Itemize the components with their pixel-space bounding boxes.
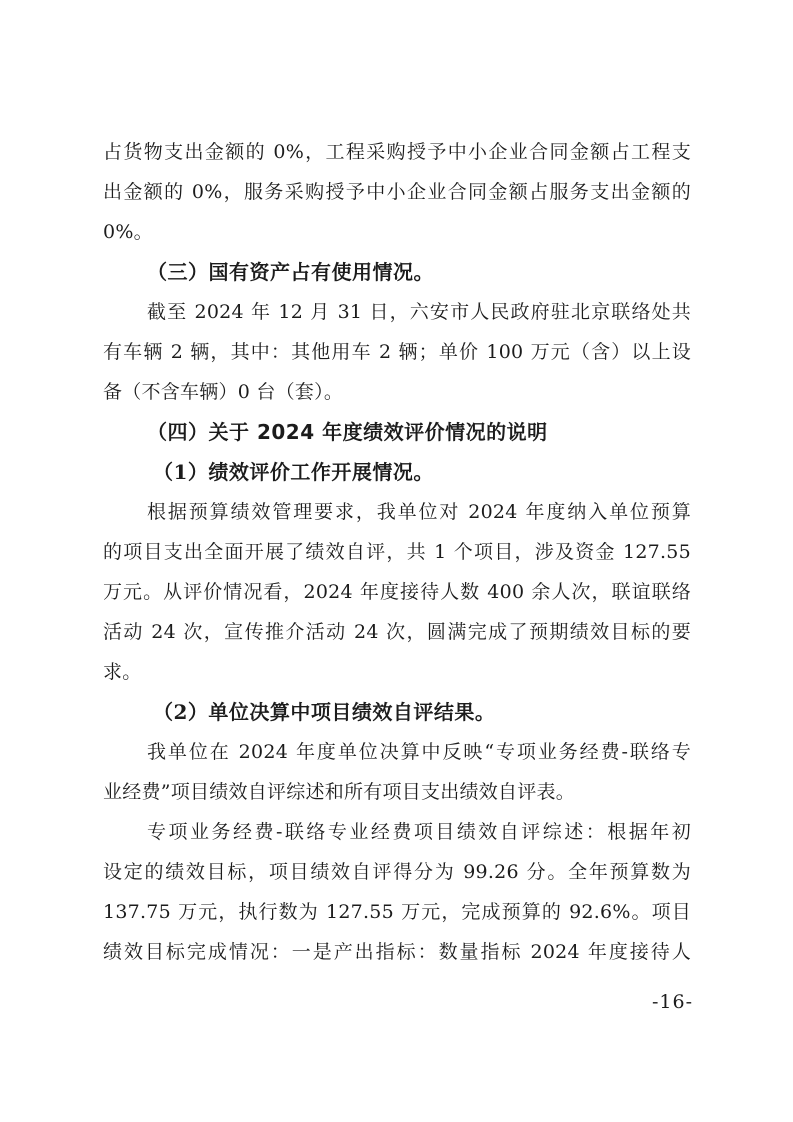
text-line: 0%。 — [103, 212, 691, 252]
text-line: 绩效目标完成情况：一是产出指标：数量指标 2024 年度接待人 — [103, 932, 691, 972]
heading-section-4: （四）关于 2024 年度绩效评价情况的说明 — [103, 412, 691, 452]
document-page: 占货物支出金额的 0%，工程采购授予中小企业合同金额占工程支 出金额的 0%，服… — [0, 0, 793, 1122]
text-line: 业经费”项目绩效自评综述和所有项目支出绩效自评表。 — [103, 772, 691, 812]
text-line: 占货物支出金额的 0%，工程采购授予中小企业合同金额占工程支 — [103, 132, 691, 172]
page-number: -16- — [652, 991, 693, 1013]
text-line: 设定的绩效目标，项目绩效自评得分为 99.26 分。全年预算数为 — [103, 852, 691, 892]
text-line: 有车辆 2 辆，其中：其他用车 2 辆；单价 100 万元（含）以上设 — [103, 332, 691, 372]
heading-sub-1: （1）绩效评价工作开展情况。 — [103, 452, 691, 492]
text-line: 活动 24 次，宣传推介活动 24 次，圆满完成了预期绩效目标的要 — [103, 612, 691, 652]
text-line: 的项目支出全面开展了绩效自评，共 1 个项目，涉及资金 127.55 — [103, 532, 691, 572]
text-line: 万元。从评价情况看，2024 年度接待人数 400 余人次，联谊联络 — [103, 572, 691, 612]
text-line: 截至 2024 年 12 月 31 日，六安市人民政府驻北京联络处共 — [103, 292, 691, 332]
text-line: 专项业务经费-联络专业经费项目绩效自评综述：根据年初 — [103, 812, 691, 852]
document-body: 占货物支出金额的 0%，工程采购授予中小企业合同金额占工程支 出金额的 0%，服… — [103, 132, 691, 972]
text-line: 求。 — [103, 652, 691, 692]
text-line: 出金额的 0%，服务采购授予中小企业合同金额占服务支出金额的 — [103, 172, 691, 212]
heading-section-3: （三）国有资产占有使用情况。 — [103, 252, 691, 292]
text-line: 备（不含车辆）0 台（套）。 — [103, 372, 691, 412]
heading-sub-2: （2）单位决算中项目绩效自评结果。 — [103, 692, 691, 732]
text-line: 137.75 万元，执行数为 127.55 万元，完成预算的 92.6%。项目 — [103, 892, 691, 932]
text-line: 根据预算绩效管理要求，我单位对 2024 年度纳入单位预算 — [103, 492, 691, 532]
text-line: 我单位在 2024 年度单位决算中反映“专项业务经费-联络专 — [103, 732, 691, 772]
